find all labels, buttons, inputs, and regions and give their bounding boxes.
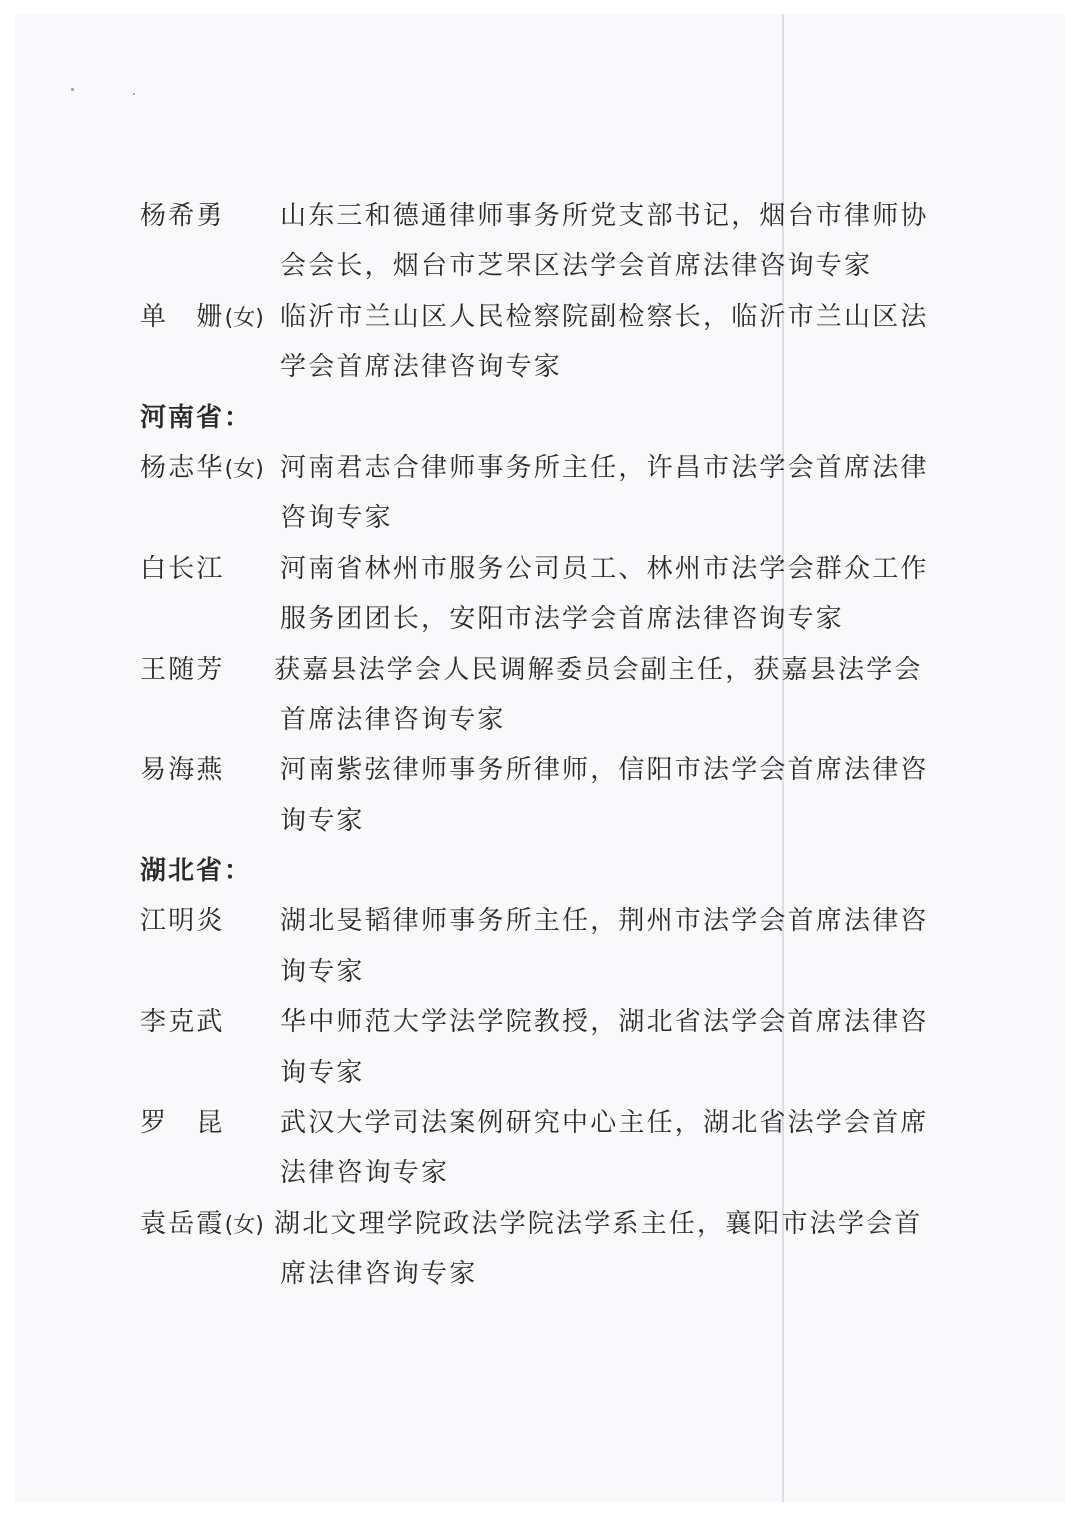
scan-speck — [71, 88, 74, 91]
entry: 易海燕 河南紫弦律师事务所律师，信阳市法学会首席法律咨 询专家 — [140, 750, 940, 851]
entry: 李克武 华中师范大学法学院教授，湖北省法学会首席法律咨 询专家 — [140, 1002, 940, 1103]
expert-title-cont: 询专家 — [140, 952, 940, 1002]
expert-title: 湖北文理学院政法学院法学系主任，襄阳市法学会首 — [274, 1204, 940, 1254]
expert-name: 李克武 — [140, 1002, 280, 1052]
expert-title-cont: 法律咨询专家 — [140, 1153, 940, 1203]
expert-title: 临沂市兰山区人民检察院副检察长，临沂市兰山区法 — [280, 297, 940, 347]
entry: 白长江 河南省林州市服务公司员工、林州市法学会群众工作 服务团团长，安阳市法学会… — [140, 549, 940, 650]
expert-title: 河南紫弦律师事务所律师，信阳市法学会首席法律咨 — [280, 750, 940, 800]
expert-name: 易海燕 — [140, 750, 280, 800]
entry: 王随芳 获嘉县法学会人民调解委员会副主任，获嘉县法学会 首席法律咨询专家 — [140, 650, 940, 751]
entry: 罗 昆 武汉大学司法案例研究中心主任，湖北省法学会首席 法律咨询专家 — [140, 1103, 940, 1204]
expert-title-cont: 服务团团长，安阳市法学会首席法律咨询专家 — [140, 599, 940, 649]
expert-title: 华中师范大学法学院教授，湖北省法学会首席法律咨 — [280, 1002, 940, 1052]
expert-name: 罗 昆 — [140, 1103, 280, 1153]
expert-title-cont: 会会长，烟台市芝罘区法学会首席法律咨询专家 — [140, 246, 940, 296]
expert-title-cont: 首席法律咨询专家 — [140, 700, 940, 750]
expert-title-cont: 学会首席法律咨询专家 — [140, 347, 940, 397]
entry: 江明炎 湖北旻韬律师事务所主任，荆州市法学会首席法律咨 询专家 — [140, 901, 940, 1002]
expert-name: 杨希勇 — [140, 196, 280, 246]
expert-title-cont: 席法律咨询专家 — [140, 1254, 940, 1304]
expert-title: 山东三和德通律师事务所党支部书记，烟台市律师协 — [280, 196, 940, 246]
entry: 单 姗(女) 临沂市兰山区人民检察院副检察长，临沂市兰山区法 学会首席法律咨询专… — [140, 297, 940, 398]
expert-title: 武汉大学司法案例研究中心主任，湖北省法学会首席 — [280, 1103, 940, 1153]
expert-title-cont: 询专家 — [140, 801, 940, 851]
expert-title: 河南君志合律师事务所主任，许昌市法学会首席法律 — [280, 448, 940, 498]
expert-title: 获嘉县法学会人民调解委员会副主任，获嘉县法学会 — [274, 650, 940, 700]
expert-name: 白长江 — [140, 549, 280, 599]
scan-speck — [133, 93, 135, 95]
expert-title: 湖北旻韬律师事务所主任，荆州市法学会首席法律咨 — [280, 901, 940, 951]
expert-name: 江明炎 — [140, 901, 280, 951]
entry: 袁岳霞(女) 湖北文理学院政法学院法学系主任，襄阳市法学会首 席法律咨询专家 — [140, 1204, 940, 1305]
expert-title: 河南省林州市服务公司员工、林州市法学会群众工作 — [280, 549, 940, 599]
expert-title-cont: 询专家 — [140, 1053, 940, 1103]
expert-name: 单 姗(女) — [140, 297, 280, 347]
entry: 杨志华(女) 河南君志合律师事务所主任，许昌市法学会首席法律 咨询专家 — [140, 448, 940, 549]
province-heading: 湖北省： — [140, 851, 940, 901]
entry: 杨希勇 山东三和德通律师事务所党支部书记，烟台市律师协 会会长，烟台市芝罘区法学… — [140, 196, 940, 297]
expert-name: 王随芳 — [140, 650, 280, 700]
expert-name: 杨志华(女) — [140, 448, 280, 498]
expert-list: 杨希勇 山东三和德通律师事务所党支部书记，烟台市律师协 会会长，烟台市芝罘区法学… — [140, 196, 940, 1305]
expert-name: 袁岳霞(女) — [140, 1204, 280, 1254]
expert-title-cont: 咨询专家 — [140, 498, 940, 548]
province-heading: 河南省： — [140, 398, 940, 448]
